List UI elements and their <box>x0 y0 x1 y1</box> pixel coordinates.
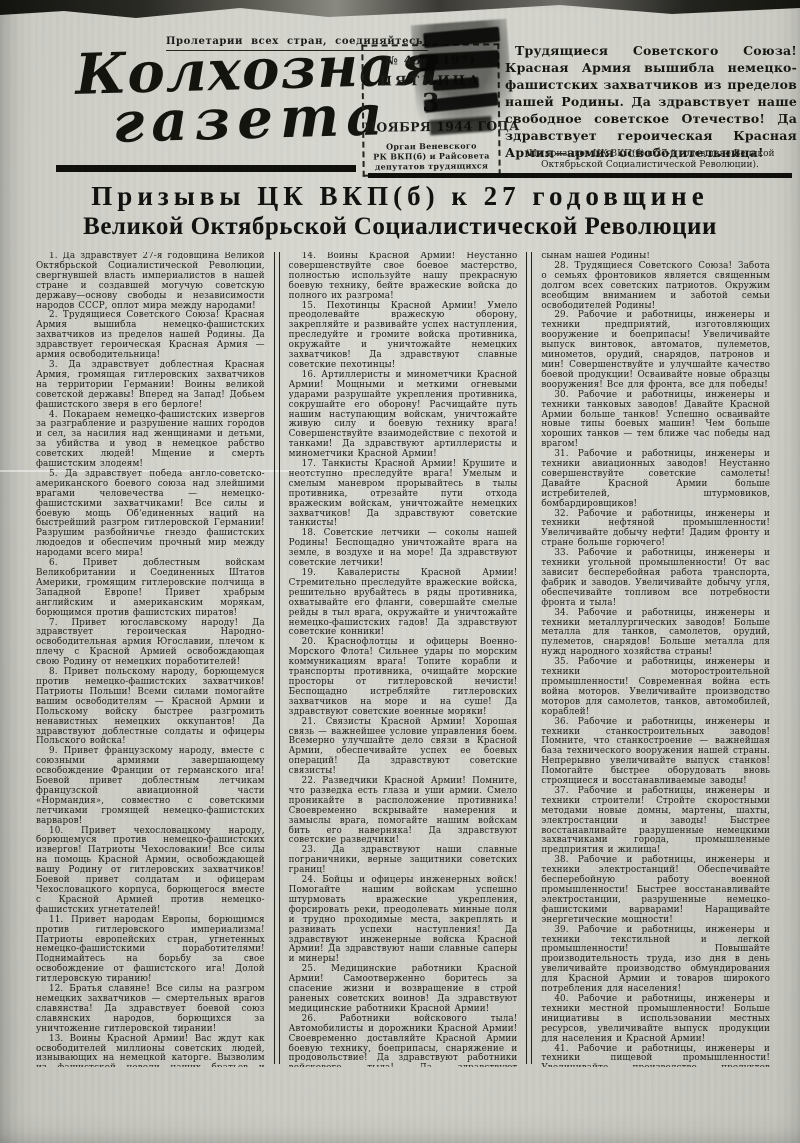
paragraph: 17. Танкисты Красной Армии! Крушите и не… <box>289 460 518 529</box>
masthead-rule <box>56 165 356 172</box>
column-1: 1. Да здравствует 27-я годовщина Великой… <box>36 252 265 1067</box>
masthead-line2: газета <box>112 88 371 151</box>
paragraph: 15. Пехотинцы Красной Армии! Умело преод… <box>289 302 518 371</box>
newspaper-scan: Пролетарии всех стран, соединяйтесь! Кол… <box>0 0 800 1143</box>
paragraph: 18. Советские летчики — соколы нашей Род… <box>289 529 518 569</box>
paragraph: 20. Краснофлотцы и офицеры Военно-Морско… <box>289 638 518 717</box>
paragraph: 32. Рабочие и работницы, инженеры и техн… <box>541 510 770 550</box>
paragraph: 5. Да здравствует победа англо-советско-… <box>36 470 265 559</box>
paragraph: 12. Братья славяне! Все силы на разгром … <box>36 985 265 1035</box>
paragraph: 9. Привет французскому народу, вместе с … <box>36 747 265 826</box>
paragraph: 24. Бойцы и офицеры инженерных войск! По… <box>289 876 518 965</box>
paragraph: 25. Медицинские работники Красной Армии!… <box>289 965 518 1015</box>
headline-line1: Призывы ЦК ВКП(б) к 27 годовщине <box>30 181 770 212</box>
organ-line: депутатов трудящихся <box>365 160 499 171</box>
paragraph: 13. Воины Красной Армии! Вас ждут как ос… <box>36 1035 265 1067</box>
paragraph: 36. Рабочие и работницы, инженеры и техн… <box>541 718 770 787</box>
paragraph: 21. Связисты Красной Армии! Хорошая связ… <box>289 718 518 777</box>
column-2: 14. Воины Красной Армии! Неустанно совер… <box>289 252 518 1067</box>
paragraph: 7. Привет югославскому народу! Да здравс… <box>36 619 265 669</box>
epigraph-rule <box>368 173 792 178</box>
paragraph: 37. Рабочие и работницы, инженеры и техн… <box>541 787 770 856</box>
paragraph: 19. Кавалеристы Красной Армии! Стремител… <box>289 569 518 638</box>
paragraph: 4. Покараем немецко-фашистских извергов … <box>36 411 265 470</box>
paragraph: 16. Артиллеристы и минометчики Красной А… <box>289 371 518 460</box>
paragraph: 31. Рабочие и работницы, инженеры и техн… <box>541 450 770 509</box>
paragraph: 23. Да здравствуют наши славные погранич… <box>289 846 518 876</box>
column-3: сынам нашей Родины!28. Трудящиеся Советс… <box>541 252 770 1067</box>
paragraph: 41. Рабочие и работницы, инженеры и техн… <box>541 1045 770 1068</box>
paragraph: 38. Рабочие и работницы, инженеры и техн… <box>541 856 770 925</box>
paragraph: 2. Трудящиеся Советского Союза! Красная … <box>36 311 265 361</box>
paragraph: 11. Привет народам Европы, борющимся про… <box>36 916 265 985</box>
column-divider <box>526 252 532 1064</box>
masthead-title: Колхозная газета <box>59 38 372 153</box>
headline-line2: Великой Октябрьской Социалистической Рев… <box>30 213 770 241</box>
scan-edge-artifact <box>0 0 800 20</box>
paragraph: 6. Привет доблестным войскам Великобрита… <box>36 559 265 618</box>
epigraph: Трудящиеся Советского Союза! Красная Арм… <box>505 42 797 161</box>
paragraph: 39. Рабочие и работницы, инженеры и техн… <box>541 926 770 995</box>
organ-caption: Орган Веневского РК ВКП(б) и Райсовета д… <box>364 140 498 171</box>
column-divider <box>274 252 280 1064</box>
epigraph-attribution: (Из призывов ЦК ВКП(б) к 27-й годовщине … <box>500 149 800 171</box>
paragraph: 28. Трудящиеся Советского Союза! Забота … <box>541 262 770 312</box>
article-body: 1. Да здравствует 27-я годовщина Великой… <box>36 252 770 1067</box>
paragraph: 33. Рабочие и работницы, инженеры и техн… <box>541 549 770 608</box>
paragraph: 26. Работники войскового тыла! Автомобил… <box>289 1015 518 1067</box>
paragraph: 14. Воины Красной Армии! Неустанно совер… <box>289 252 518 302</box>
paragraph: 30. Рабочие и работницы, инженеры и техн… <box>541 391 770 450</box>
column-1-paragraphs: 1. Да здравствует 27-я годовщина Великой… <box>36 252 265 1067</box>
paragraph: 35. Рабочие и работницы, инженеры и техн… <box>541 658 770 717</box>
paragraph: 8. Привет польскому народу, борющемуся п… <box>36 668 265 747</box>
paragraph: 34. Рабочие и работницы, инженеры и техн… <box>541 609 770 659</box>
paragraph: 22. Разведчики Красной Армии! Помните, ч… <box>289 777 518 846</box>
paragraph: 10. Привет чехословацкому народу, борюще… <box>36 827 265 916</box>
ink-stamp <box>411 19 514 125</box>
column-2-paragraphs: 14. Воины Красной Армии! Неустанно совер… <box>289 252 518 1067</box>
paragraph: 3. Да здравствует доблестная Красная Арм… <box>36 361 265 411</box>
paragraph: 1. Да здравствует 27-я годовщина Великой… <box>36 252 265 311</box>
column-3-paragraphs: сынам нашей Родины!28. Трудящиеся Советс… <box>541 252 770 1067</box>
paragraph: 40. Рабочие и работницы, инженеры и техн… <box>541 995 770 1045</box>
paragraph: 29. Рабочие и работницы, инженеры и техн… <box>541 311 770 390</box>
